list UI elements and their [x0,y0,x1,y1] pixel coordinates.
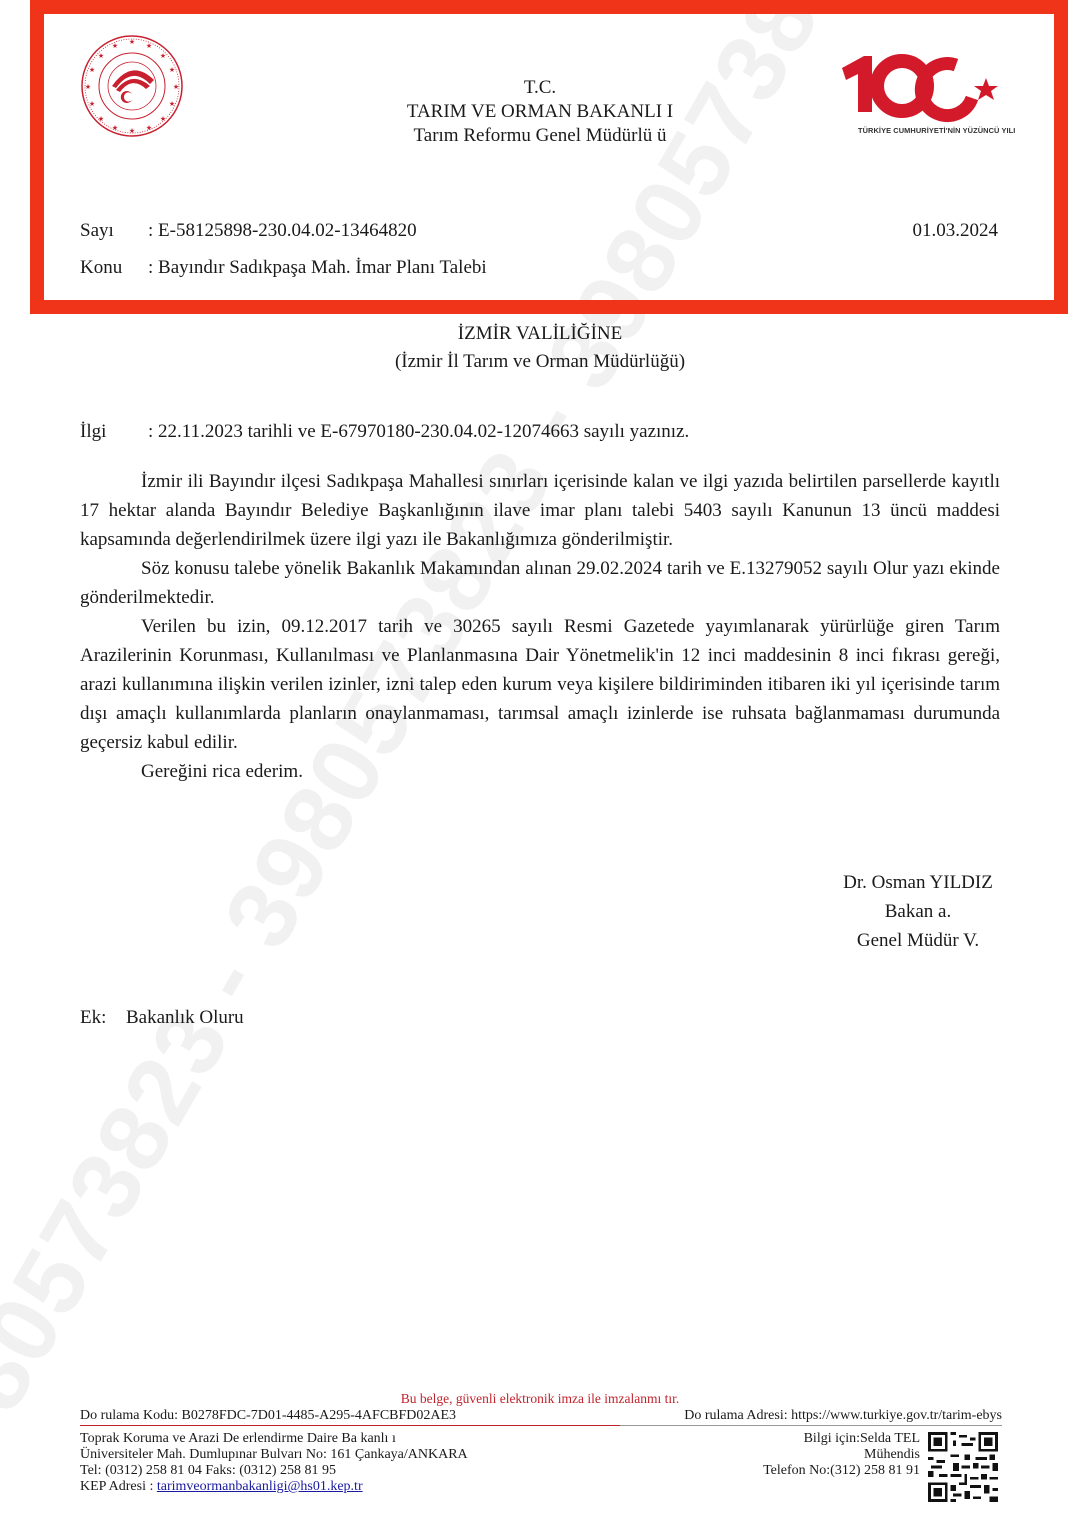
attachment-label: Ek: [80,1004,126,1032]
letterhead-line: T.C. [0,76,1080,100]
signer-name: Dr. Osman YILDIZ [800,868,1036,897]
kep-label: KEP Adresi : [80,1479,157,1494]
svg-text:★: ★ [98,52,104,60]
info-line: Bilgi için:Selda TEL [700,1431,920,1447]
contact-line: Tel: (0312) 258 81 04 Faks: (0312) 258 8… [80,1463,468,1479]
ilgi-value: : 22.11.2023 tarihli ve E-67970180-230.0… [148,418,689,446]
signer-title: Bakan a. [800,897,1036,926]
svg-text:★: ★ [89,66,95,74]
attachment-value: Bakanlık Oluru [126,1007,244,1028]
svg-text:★: ★ [146,42,152,50]
letter-body: İzmir ili Bayındır ilçesi Sadıkpaşa Maha… [80,467,1000,786]
body-paragraph: Söz konusu talebe yönelik Bakanlık Makam… [80,554,1000,612]
footer-divider-gray [620,1425,1002,1426]
kep-link[interactable]: tarimveormanbakanligi@hs01.kep.tr [157,1479,363,1494]
ilgi-label: İlgi [80,418,148,446]
document-date: 01.03.2024 [913,212,999,249]
sayi-label: Sayı [80,212,148,249]
svg-text:★: ★ [169,66,175,74]
kep-row: KEP Adresi : tarimveormanbakanligi@hs01.… [80,1479,468,1495]
qr-code-icon [928,1432,998,1502]
reference-row: İlgi : 22.11.2023 tarihli ve E-67970180-… [80,418,1000,446]
svg-text:★: ★ [129,38,135,46]
sayi-row: Sayı : E-58125898-230.04.02-13464820 [80,212,1000,249]
addressee-line1: İZMİR VALİLİĞİNE [0,320,1080,348]
addressee-line2: (İzmir İl Tarım ve Orman Müdürlüğü) [0,348,1080,376]
letterhead-line: TARIM VE ORMAN BAKANLI I [0,100,1080,124]
info-line: Telefon No:(312) 258 81 91 [700,1463,920,1479]
verification-address[interactable]: Do rulama Adresi: https://www.turkiye.go… [684,1407,1002,1424]
letterhead-line: Tarım Reformu Genel Müdürlü ü [0,124,1080,148]
document-meta: Sayı : E-58125898-230.04.02-13464820 Kon… [80,212,1000,286]
body-paragraph: Gereğini rica ederim. [80,757,1000,786]
body-paragraph: İzmir ili Bayındır ilçesi Sadıkpaşa Maha… [80,467,1000,554]
contact-line: Üniversiteler Mah. Dumlupınar Bulvarı No… [80,1447,468,1463]
signer-role: Genel Müdür V. [800,926,1036,955]
contact-line: Toprak Koruma ve Arazi De erlendirme Dai… [80,1431,468,1447]
svg-text:★: ★ [160,52,166,60]
sayi-value: : E-58125898-230.04.02-13464820 [148,212,417,249]
letterhead-title: T.C. TARIM VE ORMAN BAKANLI I Tarım Refo… [0,76,1080,148]
attachment: Ek:Bakanlık Oluru [80,1004,244,1032]
signature-block: Dr. Osman YILDIZ Bakan a. Genel Müdür V. [800,868,1036,955]
e-signature-notice: Bu belge, güvenli elektronik imza ile im… [0,1391,1080,1407]
addressee: İZMİR VALİLİĞİNE (İzmir İl Tarım ve Orma… [0,320,1080,376]
verification-row: Do rulama Kodu: B0278FDC-7D01-4485-A295-… [80,1407,1002,1424]
svg-text:★: ★ [112,42,118,50]
info-block: Bilgi için:Selda TEL Mühendis Telefon No… [700,1431,920,1479]
konu-row: Konu : Bayındır Sadıkpaşa Mah. İmar Plan… [80,249,1000,286]
body-paragraph: Verilen bu izin, 09.12.2017 tarih ve 302… [80,612,1000,757]
konu-value: : Bayındır Sadıkpaşa Mah. İmar Planı Tal… [148,249,487,286]
verification-code: Do rulama Kodu: B0278FDC-7D01-4485-A295-… [80,1407,456,1424]
contact-block: Toprak Koruma ve Arazi De erlendirme Dai… [80,1431,468,1495]
konu-label: Konu [80,249,148,286]
info-line: Mühendis [700,1447,920,1463]
